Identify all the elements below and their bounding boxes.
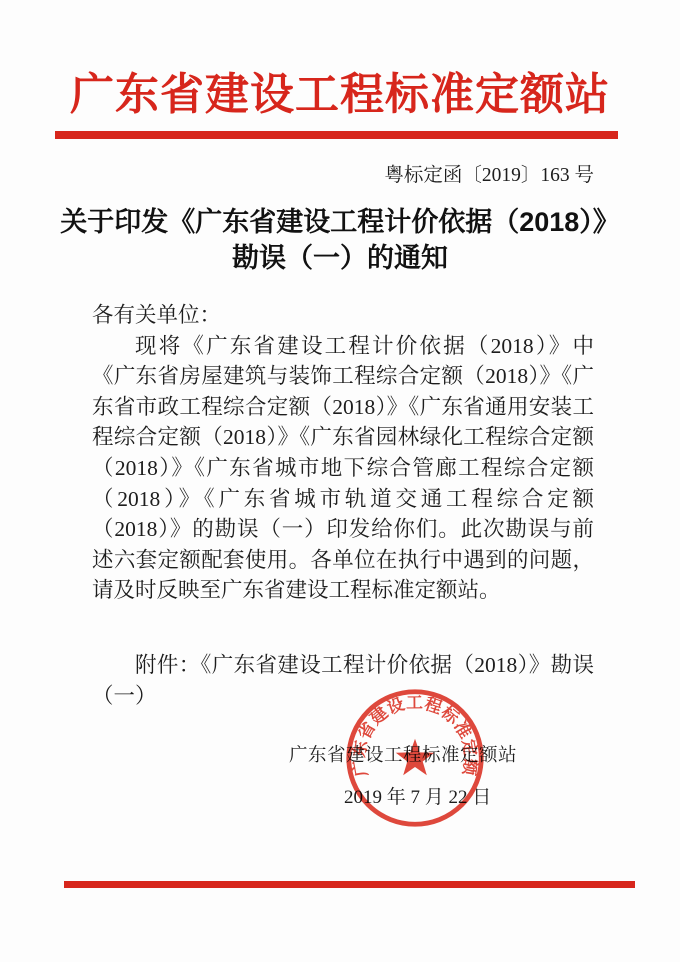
body-paragraph: 现将《广东省建设工程计价依据（2018）》中《广东省房屋建筑与装饰工程综合定额（… — [92, 331, 594, 606]
document-title-line2: 勘误（一）的通知 — [232, 243, 448, 273]
salutation: 各有关单位： — [92, 300, 594, 331]
official-seal: 广东省建设工程标准定额站 — [343, 686, 487, 830]
letterhead-divider-line — [55, 131, 618, 139]
footer-divider-line — [64, 881, 635, 888]
document-body: 各有关单位： 现将《广东省建设工程计价依据（2018）》中《广东省房屋建筑与装饰… — [92, 300, 594, 711]
seal-star-icon — [396, 739, 434, 775]
letterhead-org-title: 广东省建设工程标准定额站 — [0, 0, 680, 120]
document-title-line1: 关于印发《广东省建设工程计价依据（2018）》 — [60, 207, 620, 237]
document-number: 粤标定函〔2019〕163 号 — [0, 164, 680, 188]
document-title: 关于印发《广东省建设工程计价依据（2018）》 勘误（一）的通知 — [0, 204, 680, 276]
document-page: 广东省建设工程标准定额站 粤标定函〔2019〕163 号 关于印发《广东省建设工… — [0, 0, 680, 962]
